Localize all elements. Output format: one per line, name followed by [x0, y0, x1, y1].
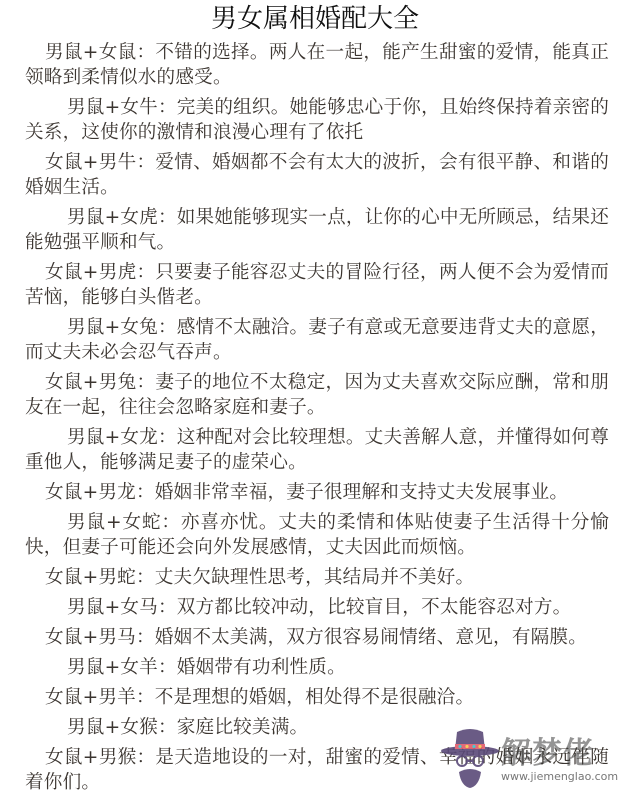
paragraph-female-rat-male-snake: 女鼠+男蛇：丈夫欠缺理性思考，其结局并不美好。 — [25, 565, 609, 590]
paragraph-male-rat-female-ox: 男鼠+女牛：完美的组织。她能够忠心于你，且始终保持着亲密的关系，这使你的激情和浪… — [25, 95, 609, 145]
paragraph-female-rat-male-goat: 女鼠+男羊：不是理想的婚姻，相处得不是很融洽。 — [25, 685, 609, 710]
paragraph-male-rat-female-rabbit: 男鼠+女兔：感情不太融洽。妻子有意或无意要违背丈夫的意愿，而丈夫未必会忍气吞声。 — [25, 315, 609, 365]
paragraph-male-rat-female-tiger: 男鼠+女虎：如果她能够现实一点，让你的心中无所顾忌，结果还能勉强平顺和气。 — [25, 205, 609, 255]
watermark-url: www.jiemenglao.com — [501, 770, 618, 783]
paragraph-male-rat-female-rat: 男鼠+女鼠：不错的选择。两人在一起，能产生甜蜜的爱情，能真正领略到柔情似水的感受… — [25, 40, 609, 90]
paragraph-female-rat-male-horse: 女鼠+男马：婚姻不太美满，双方很容易闹情绪、意见，有隔膜。 — [25, 625, 609, 650]
paragraph-female-rat-male-dragon: 女鼠+男龙：婚姻非常幸福，妻子很理解和支持丈夫发展事业。 — [25, 480, 609, 505]
paragraph-female-rat-male-tiger: 女鼠+男虎：只要妻子能容忍丈夫的冒险行径，两人便不会为爱情而苦恼，能够白头偕老。 — [25, 260, 609, 310]
paragraph-male-rat-female-snake: 男鼠+女蛇：亦喜亦忧。丈夫的柔情和体贴使妻子生活得十分愉快，但妻子可能还会向外发… — [25, 510, 609, 560]
paragraph-female-rat-male-rabbit: 女鼠+男兔：妻子的地位不太稳定，因为丈夫喜欢交际应酬，常和朋友在一起，往往会忽略… — [25, 370, 609, 420]
site-watermark: 解梦佬 www.jiemenglao.com — [439, 726, 624, 792]
watermark-logo-text: 解梦佬 — [501, 728, 594, 772]
page-title: 男女属相婚配大全 — [0, 2, 630, 36]
paragraph-male-rat-female-dragon: 男鼠+女龙：这种配对会比较理想。丈夫善解人意，并懂得如何尊重他人，能够满足妻子的… — [25, 425, 609, 475]
paragraph-female-rat-male-ox: 女鼠+男牛：爱情、婚姻都不会有太大的波折，会有很平静、和谐的婚姻生活。 — [25, 150, 609, 200]
paragraph-male-rat-female-goat: 男鼠+女羊：婚姻带有功利性质。 — [25, 655, 609, 680]
paragraph-male-rat-female-horse: 男鼠+女马：双方都比较冲动，比较盲目，不太能容忍对方。 — [25, 595, 609, 620]
article-body: 男鼠+女鼠：不错的选择。两人在一起，能产生甜蜜的爱情，能真正领略到柔情似水的感受… — [25, 40, 609, 796]
hat-mustache-icon — [439, 726, 501, 792]
